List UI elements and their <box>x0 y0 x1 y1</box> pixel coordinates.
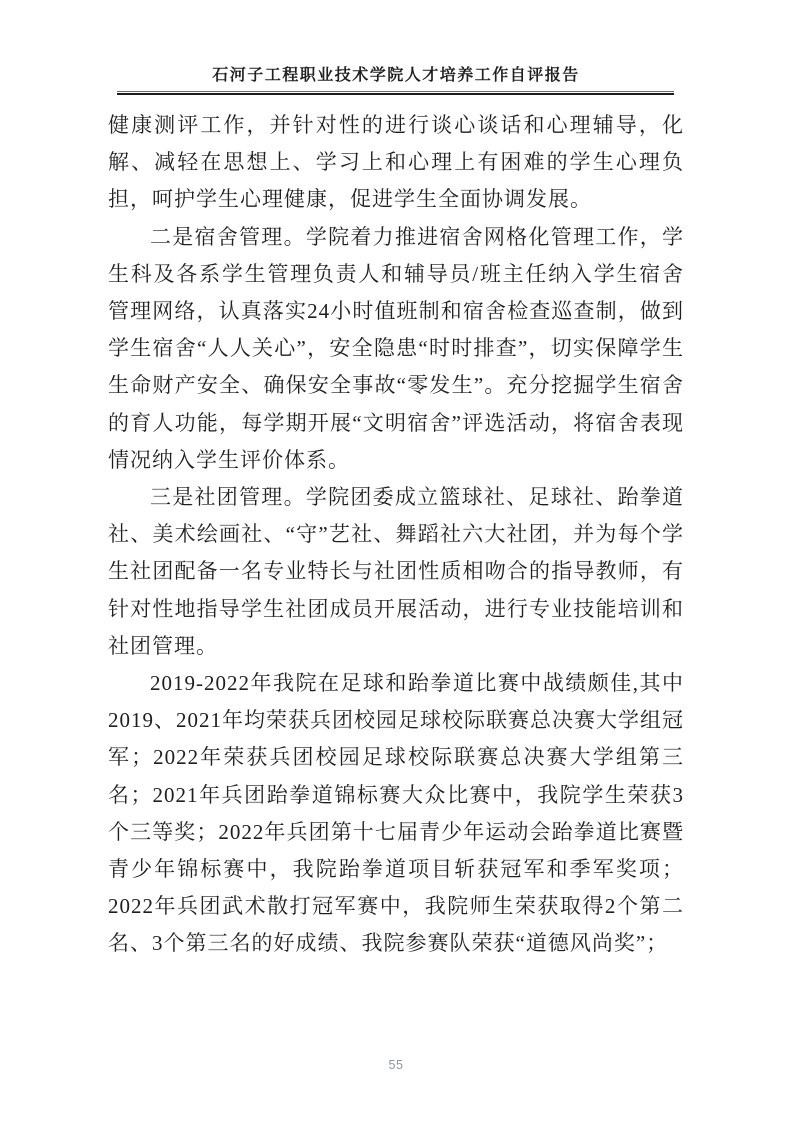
body-paragraph: 二是宿舍管理。学院着力推进宿舍网格化管理工作，学生科及各系学生管理负责人和辅导员… <box>108 219 684 479</box>
body-paragraph: 健康测评工作，并针对性的进行谈心谈话和心理辅导，化解、减轻在思想上、学习上和心理… <box>108 107 684 219</box>
body-paragraph: 三是社团管理。学院团委成立篮球社、足球社、跆拳道社、美术绘画社、“守”艺社、舞蹈… <box>108 479 684 665</box>
document-page: 石河子工程职业技术学院人才培养工作自评报告 健康测评工作，并针对性的进行谈心谈话… <box>0 0 792 1122</box>
document-body: 健康测评工作，并针对性的进行谈心谈话和心理辅导，化解、减轻在思想上、学习上和心理… <box>108 107 684 963</box>
header-rule <box>117 91 674 95</box>
page-header-title: 石河子工程职业技术学院人才培养工作自评报告 <box>0 62 792 85</box>
page-number: 55 <box>0 1058 792 1072</box>
body-paragraph: 2019-2022年我院在足球和跆拳道比赛中战绩颇佳,其中2019、2021年均… <box>108 665 684 963</box>
